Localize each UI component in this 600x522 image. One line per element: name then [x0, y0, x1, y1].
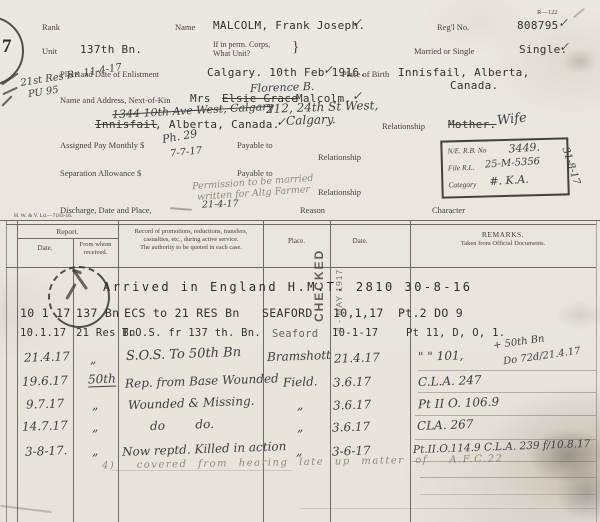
payable-to-label-1: Payable to — [237, 140, 273, 150]
table-row-date2: 10-1-17 — [332, 327, 378, 339]
pencil-scribble — [573, 8, 585, 19]
table-row-record: Wounded & Missing. — [128, 394, 255, 412]
table-row-ditto: „ — [92, 444, 99, 458]
corner-mark — [0, 505, 52, 513]
separation-allowance-label: Separation Allowance $ — [60, 168, 141, 178]
place-of-birth-value: Innisfail, Alberta, — [398, 66, 530, 79]
stamp-box-file-label: File R.L. — [448, 163, 475, 173]
discharge-label: Discharge, Date and Place, — [60, 205, 152, 215]
struck-address-town: Innisfail — [95, 118, 157, 131]
relationship-struck-value: Mother. — [448, 118, 496, 131]
table-column-line — [330, 220, 331, 522]
table-row-remarks: CLA. 267 — [417, 417, 474, 433]
relationship-label-2: Relationship — [318, 152, 361, 162]
table-row-remarks: " " 101, — [418, 348, 464, 364]
place-header: Place. — [263, 237, 330, 245]
table-row-ditto: „ — [92, 398, 99, 412]
place-of-birth-value-2: Canada. — [450, 79, 498, 92]
service-record-card: R—122 Rank Name MALCOLM, Frank Joseph. ✓… — [0, 0, 600, 522]
table-column-line — [118, 220, 119, 522]
next-of-kin-label: Name and Address, Next-of-Kin — [60, 95, 170, 105]
table-row-date2: 3.6.17 — [333, 374, 372, 389]
remarks-header-line2: Taken from Official Documents. — [410, 240, 596, 247]
discharge-date-note: 21-4-17 — [202, 198, 239, 210]
table-row-remarks: Pt.2 DO 9 — [398, 306, 463, 320]
relationship-amended-value: Wife — [496, 110, 527, 128]
remarks-rule-line — [415, 415, 596, 416]
table-row-remarks: Pt 11, D, O, 1. — [406, 327, 505, 339]
assigned-pay-note-2: 7-7-17 — [170, 145, 203, 159]
name-value: MALCOLM, Frank Joseph. — [213, 19, 365, 32]
table-row-place: SEAFORD — [262, 306, 313, 320]
table-row-date: 10 1 17 — [20, 306, 71, 320]
table-top-border — [0, 220, 600, 221]
table-row-record: S.O.S. To 50th Bn — [126, 345, 242, 364]
reason-label: Reason — [300, 205, 325, 215]
report-header: Report. — [17, 227, 118, 236]
pencil-rule-line — [112, 470, 292, 471]
table-row-place: Seaford — [272, 328, 318, 340]
table-row-ditto: „ — [297, 420, 304, 434]
table-row-from: 50th — [88, 372, 116, 388]
table-column-line — [410, 220, 411, 522]
table-row-from: 137 Bn — [76, 306, 119, 320]
stamp-box-rb-label: N/E. R.B. No — [447, 145, 486, 155]
record-header-line1: Record of promotions, reductions, transf… — [119, 228, 263, 235]
records-branch-stamp-box: N/E. R.B. No 3449. File R.L. 25-M-5356 C… — [440, 137, 569, 198]
tick-mark: ✓ — [352, 16, 363, 30]
table-row-place: Bramshott — [267, 348, 331, 364]
record-header-line3: The authority to be quoted in each case. — [119, 244, 263, 251]
checked-stamp-date: 4 - MAY 1917 — [334, 269, 344, 332]
table-row-ditto: „ — [92, 420, 99, 434]
pen-scribble — [2, 87, 17, 96]
rank-label: Rank — [42, 22, 60, 32]
table-column-line — [17, 220, 18, 522]
printer-imprint: H. W. & V. Ld.—7183-16. — [14, 213, 72, 219]
table-row-date: 3-8-17. — [25, 443, 68, 458]
relationship-label-3: Relationship — [318, 187, 361, 197]
unit-label: Unit — [42, 46, 57, 56]
table-row-remarks-c: Do 72d/21.4.17 — [503, 346, 582, 368]
amended-address-town: Calgary. — [286, 112, 336, 128]
report-date-header: Date. — [17, 244, 73, 252]
table-row-date: 14.7.17 — [22, 418, 68, 434]
table-row-remarks: C.L.A. 247 — [418, 373, 482, 389]
table-top-border-inner — [6, 224, 596, 225]
table-row-record: Arrived in England H.M.T. 2810 30-8-16 — [103, 280, 473, 294]
remarks-rule-line — [300, 508, 596, 509]
table-header-bottom-border — [6, 267, 596, 268]
tick-mark: ✓ — [323, 63, 334, 77]
table-row-date: 9.7.17 — [26, 396, 65, 411]
name-label: Name — [175, 22, 195, 32]
assigned-pay-label: Assigned Pay Monthly $ — [60, 140, 144, 150]
address-province: , Alberta, Canada. — [155, 118, 280, 131]
character-label: Character — [432, 205, 465, 215]
table-row-ditto: „ — [297, 398, 304, 412]
record-header-line2: casualties, etc., during active service. — [119, 236, 263, 243]
tick-mark: ✓ — [558, 16, 569, 30]
unit-value: 137th Bn. — [80, 43, 142, 56]
stamp-box-category-label: Category — [448, 180, 476, 190]
pencil-scribble — [170, 207, 192, 211]
relationship-label-1: Relationship — [382, 121, 425, 131]
regimental-number-value: 808795 — [517, 19, 559, 32]
table-column-line — [6, 220, 7, 522]
table-row-date: 21.4.17 — [24, 349, 70, 365]
table-row-record: T.O.S. fr 137 th. Bn. — [122, 327, 261, 339]
perm-corps-label-line1: If in perm. Corps, — [213, 40, 270, 49]
table-row-record: Now reptd. Killed in action — [122, 439, 287, 459]
perm-corps-label-line2: What Unit? — [213, 49, 250, 58]
table-row-ditto: „ — [90, 352, 97, 366]
table-row-date2: 10,1,17 — [333, 306, 384, 320]
table-row-record: Rep. from Base Wounded — [125, 371, 279, 390]
place-of-birth-label: Place of Birth — [342, 69, 389, 79]
table-row-date2: 21.4.17 — [334, 350, 380, 366]
table-row-place: Field. — [283, 374, 318, 389]
form-code: R—122 — [537, 9, 558, 16]
table-row-remarks: Pt II O. 106.9 — [418, 395, 500, 412]
brace-glyph: } — [292, 39, 299, 56]
from-whom-header-line2: received. — [73, 249, 118, 256]
table-row-ditto: „ — [296, 444, 303, 458]
table-row-date2: 3.6.17 — [333, 397, 372, 412]
married-or-single-label: Married or Single — [414, 46, 474, 56]
table-row-record: ECS to 21 RES Bn — [124, 306, 240, 320]
pencil-smudge — [563, 48, 597, 74]
remarks-header-line1: REMARKS. — [410, 230, 596, 239]
table-row-date: 10.1.17 — [20, 327, 66, 339]
remarks-rule-line — [418, 392, 596, 393]
regimental-number-label: Reg'l No. — [437, 22, 469, 32]
from-whom-header-line1: From whom — [73, 241, 118, 248]
pen-scribble — [1, 95, 12, 106]
scan-shadow — [555, 300, 600, 330]
stamp-box-file-number: 25-M-5356 — [485, 156, 541, 170]
stamp-box-category-value: #. K.A. — [489, 173, 529, 188]
date-header: Date. — [330, 237, 390, 245]
corner-stamp-digit: 7 — [2, 36, 12, 58]
tick-mark: ✓ — [276, 115, 287, 129]
remarks-rule-line — [418, 370, 596, 371]
table-row-date: 19.6.17 — [22, 373, 68, 389]
report-header-underline — [17, 238, 118, 239]
stamp-box-rb-number: 3449. — [508, 141, 540, 156]
table-row-date2: 3.6.17 — [332, 419, 371, 434]
table-row-record: do do. — [150, 417, 214, 433]
